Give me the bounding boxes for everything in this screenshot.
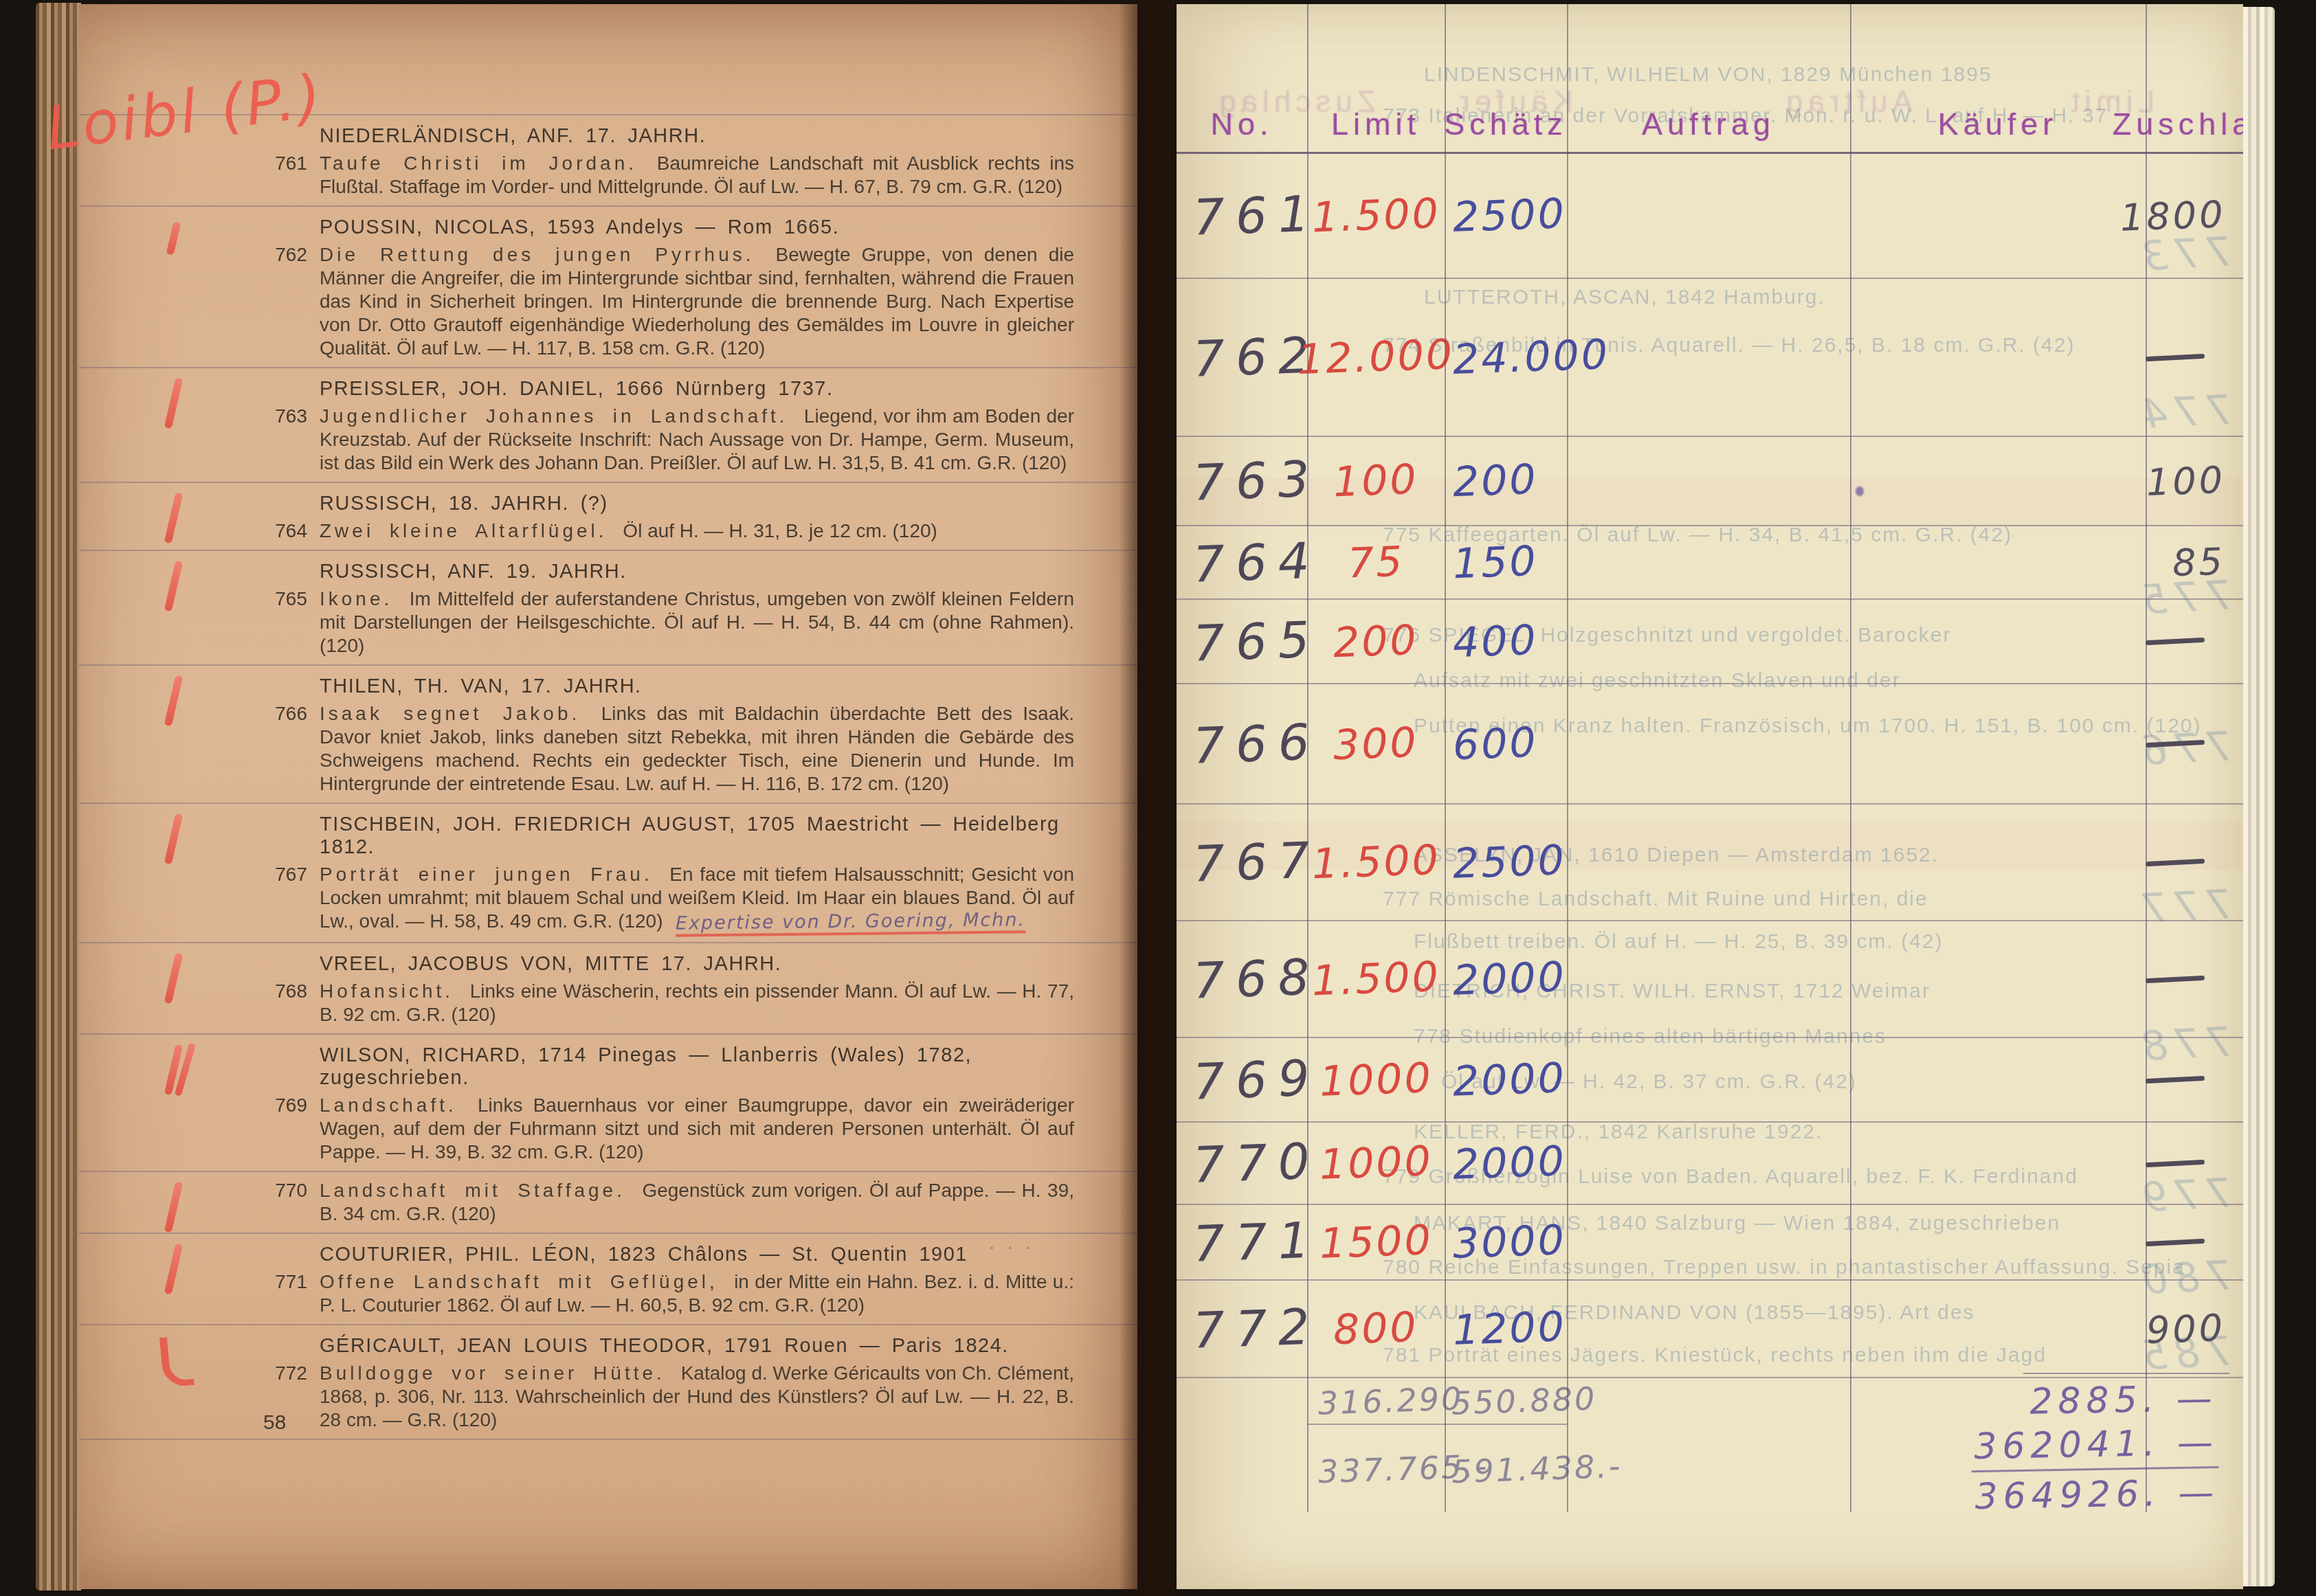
limit-value: 1.500: [1311, 953, 1440, 1005]
limit-value: 1000: [1318, 1054, 1433, 1106]
ledger-cell-auftrag: [1567, 437, 1850, 526]
limit-value: 1.500: [1311, 836, 1440, 888]
red-dots-mark: · · ·: [988, 1235, 1034, 1259]
lot-number-handwritten: 767: [1176, 831, 1322, 893]
lot-number-handwritten: 771: [1176, 1211, 1322, 1273]
ledger-cell-kaeufer: [1850, 437, 2146, 526]
lot-title: Die Rettung des jungen Pyrrhus.: [320, 244, 776, 265]
ledger-page: LINDENSCHMIT, WILHELM VON, 1829 München …: [1177, 4, 2243, 1589]
scanned-auction-catalog: Loibl (P.) NIEDERLÄNDISCH, ANF. 17. JAHR…: [0, 0, 2316, 1596]
ledger-cell-kaeufer: [1850, 600, 2146, 684]
entry-row: 767Porträt einer jungen Frau. En face mi…: [320, 863, 1074, 935]
ledger-header-zuschlag: Zuschlag: [2146, 4, 2243, 154]
lot-description: Offene Landschaft mit Geflügel, in der M…: [320, 1270, 1074, 1317]
lot-number: 772: [247, 1362, 307, 1384]
schaetz-value: 3000: [1452, 1216, 1567, 1268]
ledger-cell-no: 762: [1177, 279, 1307, 437]
schaetz-value: 150: [1452, 537, 1539, 587]
catalog-entry: TISCHBEIN, JOH. FRIEDRICH AUGUST, 1705 M…: [79, 804, 1137, 943]
lot-description: Jugendlicher Johannes in Landschaft. Lie…: [320, 405, 1074, 475]
ledger-header-auftrag: Auftrag: [1567, 4, 1850, 154]
zuschlag-total-line: 2885. —: [1894, 1377, 2218, 1426]
schaetz-value: 400: [1452, 616, 1539, 666]
ledger-cell-no: 768: [1177, 921, 1307, 1038]
lot-body: Im Mittelfeld der auferstandene Christus…: [320, 588, 1074, 656]
ledger-cell-no: 763: [1177, 437, 1307, 526]
ledger-cell-auftrag: [1567, 684, 1850, 805]
ledger-cell-kaeufer: [1850, 1038, 2146, 1123]
ledger-cell-auftrag: [1567, 1038, 1850, 1123]
ledger-cell-limit: 12.000: [1307, 279, 1445, 437]
ledger-cell-zuschlag: 100: [2146, 437, 2243, 526]
ledger-total-limit: 316.290: [1307, 1378, 1445, 1425]
lot-title: Ikone.: [320, 588, 410, 609]
column-rule: [2146, 4, 2147, 1512]
entry-heading: COUTURIER, PHIL. LÉON, 1823 Châlons — St…: [320, 1244, 1074, 1266]
entry-row: 762Die Rettung des jungen Pyrrhus. Beweg…: [320, 243, 1074, 360]
ledger-total-schaetz: 591.438.-: [1445, 1425, 1567, 1512]
zuschlag-dash: [2146, 740, 2205, 748]
red-tick-mark: [164, 1182, 183, 1233]
limit-value: 200: [1333, 616, 1419, 666]
entry-row: 768Hofansicht. Links eine Wäscherin, rec…: [320, 980, 1074, 1026]
lot-description: Landschaft mit Staffage. Gegenstück zum …: [320, 1179, 1074, 1226]
lot-number: 770: [247, 1180, 307, 1202]
ledger-cell-no: 761: [1177, 154, 1307, 279]
ledger-header-no: No.: [1177, 4, 1307, 154]
entry-row: 772Bulldogge vor seiner Hütte. Katalog d…: [320, 1362, 1074, 1432]
catalog-entry: RUSSISCH, 18. JAHRH. (?)764Zwei kleine A…: [79, 483, 1137, 551]
ledger-total-schaetz: 550.880: [1445, 1378, 1567, 1425]
ledger-cell-auftrag: [1567, 1123, 1850, 1205]
zuschlag-value: 100: [2146, 458, 2226, 504]
lot-title: Landschaft mit Staffage.: [320, 1180, 642, 1201]
limit-value: 12.000: [1297, 330, 1455, 384]
lot-number-handwritten: 761: [1176, 184, 1322, 247]
zuschlag-dash: [2146, 975, 2205, 982]
red-tick-mark: [164, 675, 183, 726]
ledger-header-kaeufer: Käufer: [1850, 4, 2146, 154]
ledger-cell-kaeufer: [1850, 154, 2146, 279]
catalog-entry: GÉRICAULT, JEAN LOUIS THEODOR, 1791 Roue…: [79, 1325, 1137, 1440]
schaetz-value: 2000: [1452, 953, 1567, 1005]
ledger-cell-no: 764: [1177, 526, 1307, 600]
ledger-cell-limit: 75: [1307, 526, 1445, 600]
red-tick-mark: [164, 1044, 183, 1095]
ledger-cell-zuschlag: 85: [2146, 526, 2243, 600]
lot-title: Jugendlicher Johannes in Landschaft.: [320, 405, 804, 427]
ledger-cell-no: 770: [1177, 1123, 1307, 1205]
ledger-cell-kaeufer: [1850, 1205, 2146, 1281]
lot-description: Porträt einer jungen Frau. En face mit t…: [320, 863, 1074, 935]
lot-number-handwritten: 764: [1176, 531, 1322, 594]
ledger-cell-zuschlag: [2146, 684, 2243, 805]
ledger-cell-kaeufer: [1850, 279, 2146, 437]
ledger-cell-zuschlag: [2146, 805, 2243, 921]
catalog-entry: PREISSLER, JOH. DANIEL, 1666 Nürnberg 17…: [79, 368, 1137, 483]
lot-description: Taufe Christi im Jordan. Baumreiche Land…: [320, 152, 1074, 199]
lot-title: Bulldogge vor seiner Hütte.: [320, 1362, 681, 1384]
red-tick-mark: [164, 378, 183, 429]
entry-row: 770Landschaft mit Staffage. Gegenstück z…: [320, 1179, 1074, 1226]
ledger-cell-schaetz: 600: [1445, 684, 1567, 805]
zuschlag-total-line: 364926. —: [1896, 1471, 2220, 1520]
red-tick-mark: [164, 953, 183, 1004]
ledger-total-limit: 337.765.-: [1307, 1425, 1445, 1512]
zuschlag-value: 85: [2172, 540, 2226, 585]
catalog-entry: RUSSISCH, ANF. 19. JAHRH.765Ikone. Im Mi…: [79, 551, 1137, 666]
catalog-entry: VREEL, JACOBUS VON, MITTE 17. JAHRH.768H…: [79, 943, 1137, 1035]
ledger-cell-limit: 100: [1307, 437, 1445, 526]
lot-description: Landschaft. Links Bauernhaus vor einer B…: [320, 1094, 1074, 1164]
ledger-cell-limit: 1.500: [1307, 805, 1445, 921]
ledger-cell-limit: 1500: [1307, 1205, 1445, 1281]
zuschlag-dash: [2146, 353, 2205, 361]
ledger-cell-kaeufer: [1850, 684, 2146, 805]
schaetz-value: 2000: [1452, 1054, 1567, 1106]
ledger-cell-schaetz: 2000: [1445, 1038, 1567, 1123]
red-tick-mark: [164, 561, 183, 611]
ledger-cell-schaetz: 150: [1445, 526, 1567, 600]
red-tick-mark: [164, 1244, 183, 1294]
lot-number: 771: [247, 1271, 307, 1293]
entry-row: 765Ikone. Im Mittelfeld der auferstanden…: [320, 587, 1074, 657]
ledger-cell-no: 771: [1177, 1205, 1307, 1281]
catalog-entry: 770Landschaft mit Staffage. Gegenstück z…: [79, 1172, 1137, 1234]
schaetz-value: 200: [1452, 456, 1539, 506]
entry-heading: THILEN, TH. VAN, 17. JAHRH.: [320, 675, 1074, 698]
limit-value: 1500: [1318, 1216, 1433, 1268]
ledger-cell-auftrag: [1567, 1378, 1850, 1425]
lot-title: Landschaft.: [320, 1094, 478, 1116]
catalog-entries: NIEDERLÄNDISCH, ANF. 17. JAHRH.761Taufe …: [79, 114, 1137, 1440]
entry-heading: TISCHBEIN, JOH. FRIEDRICH AUGUST, 1705 M…: [320, 813, 1074, 859]
entry-heading: RUSSISCH, ANF. 19. JAHRH.: [320, 561, 1074, 583]
ledger-cell-kaeufer: [1850, 805, 2146, 921]
ledger-cell-schaetz: 3000: [1445, 1205, 1567, 1281]
zuschlag-value: 1800: [2119, 192, 2227, 239]
catalog-entry: COUTURIER, PHIL. LÉON, 1823 Châlons — St…: [79, 1234, 1137, 1325]
ledger-cell-schaetz: 24.000: [1445, 279, 1567, 437]
lot-number-handwritten: 772: [1176, 1297, 1322, 1360]
ledger-cell-schaetz: 400: [1445, 600, 1567, 684]
ledger-cell-zuschlag: [2146, 1205, 2243, 1281]
entry-row: 771Offene Landschaft mit Geflügel, in de…: [320, 1270, 1074, 1317]
schaetz-value: 2000: [1452, 1137, 1567, 1189]
ledger-cell-zuschlag: 1800: [2146, 154, 2243, 279]
expertise-note: Expertise von Dr. Goering, Mchn.: [675, 910, 1025, 936]
catalog-entry: WILSON, RICHARD, 1714 Pinegas — Llanberr…: [79, 1035, 1137, 1172]
schaetz-value: 600: [1452, 718, 1539, 769]
lot-description: Bulldogge vor seiner Hütte. Katalog d. W…: [320, 1362, 1074, 1432]
zuschlag-total-line: 362041. —: [1895, 1421, 2218, 1470]
ledger-cell-zuschlag: [2146, 600, 2243, 684]
ledger-cell-kaeufer: [1850, 921, 2146, 1038]
ledger-cell-schaetz: 2500: [1445, 154, 1567, 279]
totals-top-rule: [2023, 1373, 2229, 1374]
lot-title: Taufe Christi im Jordan.: [320, 153, 657, 174]
ledger-cell-auftrag: [1567, 600, 1850, 684]
lot-body: Öl auf H. — H. 31, B. je 12 cm. (120): [623, 520, 937, 541]
ledger-cell-auftrag: [1567, 805, 1850, 921]
ledger-cell-schaetz: 1200: [1445, 1281, 1567, 1378]
lot-number: 761: [247, 153, 307, 175]
ledger-cell-no: 772: [1177, 1281, 1307, 1378]
entry-row: 761Taufe Christi im Jordan. Baumreiche L…: [320, 152, 1074, 199]
lot-number: 762: [247, 244, 307, 266]
lot-description: Hofansicht. Links eine Wäscherin, rechts…: [320, 980, 1074, 1026]
lot-number: 765: [247, 588, 307, 610]
schaetz-value: 2500: [1452, 836, 1567, 888]
ledger-header-limit: Limit: [1307, 4, 1445, 154]
ledger-cell-limit: 1.500: [1307, 154, 1445, 279]
ledger-cell-auftrag: [1567, 154, 1850, 279]
entry-row: 766Isaak segnet Jakob. Links das mit Bal…: [320, 702, 1074, 796]
lot-title: Porträt einer jungen Frau.: [320, 864, 669, 885]
ledger-cell-no: 769: [1177, 1038, 1307, 1123]
entry-row: 763Jugendlicher Johannes in Landschaft. …: [320, 405, 1074, 475]
zuschlag-value: 900: [2146, 1306, 2226, 1352]
zuschlag-dash: [2146, 858, 2205, 866]
entry-heading: GÉRICAULT, JEAN LOUIS THEODOR, 1791 Roue…: [320, 1335, 1074, 1358]
ledger-cell-kaeufer: [1850, 1281, 2146, 1378]
catalog-entry: THILEN, TH. VAN, 17. JAHRH.766Isaak segn…: [79, 666, 1137, 804]
lot-description: Die Rettung des jungen Pyrrhus. Bewegte …: [320, 243, 1074, 360]
ledger-cell-limit: 300: [1307, 684, 1445, 805]
ledger-header-schaetz: Schätz: [1445, 4, 1567, 154]
lot-description: Zwei kleine Altarflügel. Öl auf H. — H. …: [320, 519, 1074, 543]
entry-row: 769Landschaft. Links Bauernhaus vor eine…: [320, 1094, 1074, 1164]
zuschlag-dash: [2146, 1159, 2205, 1167]
ledger-cell-zuschlag: 900: [2146, 1281, 2243, 1378]
ledger-cell-no: [1177, 1378, 1307, 1425]
column-rule: [1445, 4, 1446, 1512]
column-rule: [1850, 4, 1851, 1512]
lot-number: 763: [247, 405, 307, 427]
ledger-cell-limit: 1000: [1307, 1123, 1445, 1205]
ledger-cell-auftrag: [1567, 921, 1850, 1038]
total-value: 316.290: [1317, 1380, 1464, 1421]
entry-heading: WILSON, RICHARD, 1714 Pinegas — Llanberr…: [320, 1044, 1074, 1090]
limit-value: 1.500: [1311, 190, 1440, 242]
zuschlag-dash: [2146, 638, 2205, 645]
entry-heading: VREEL, JACOBUS VON, MITTE 17. JAHRH.: [320, 953, 1074, 976]
page-number: 58: [263, 1411, 286, 1435]
lot-number-handwritten: 766: [1176, 712, 1322, 775]
ledger-cell-no: 765: [1177, 600, 1307, 684]
lot-number-handwritten: 763: [1176, 449, 1322, 512]
right-page-stack-edges: [2243, 7, 2275, 1586]
lot-number-handwritten: 769: [1176, 1048, 1322, 1111]
ledger-cell-no: 767: [1177, 805, 1307, 921]
limit-value: 75: [1347, 537, 1405, 587]
zuschlag-dash: [2146, 1238, 2205, 1246]
limit-value: 300: [1333, 718, 1419, 769]
lot-number: 764: [247, 520, 307, 542]
ledger-cell-zuschlag: [2146, 279, 2243, 437]
ledger-cell-limit: 1000: [1307, 1038, 1445, 1123]
lot-description: Ikone. Im Mittelfeld der auferstandene C…: [320, 587, 1074, 657]
ledger-cell-auftrag: [1567, 1425, 1850, 1512]
column-rule: [1567, 4, 1568, 1512]
lot-number: 769: [247, 1094, 307, 1116]
entry-heading: POUSSIN, NICOLAS, 1593 Andelys — Rom 166…: [320, 216, 1074, 239]
limit-value: 1000: [1318, 1137, 1433, 1189]
ledger-cell-auftrag: [1567, 526, 1850, 600]
ledger-cell-zuschlag: [2146, 921, 2243, 1038]
ledger-cell-limit: 800: [1307, 1281, 1445, 1378]
ink-dot: [1856, 486, 1864, 496]
page-gutter: [1119, 0, 1185, 1596]
lot-title: Isaak segnet Jakob.: [320, 703, 601, 724]
ledger-cell-schaetz: 2000: [1445, 921, 1567, 1038]
entry-heading: RUSSISCH, 18. JAHRH. (?): [320, 493, 1074, 515]
lot-number-handwritten: 770: [1176, 1132, 1322, 1194]
ledger-cell-auftrag: [1567, 1281, 1850, 1378]
ledger-cell-schaetz: 200: [1445, 437, 1567, 526]
red-tick-mark: [164, 493, 183, 543]
entry-row: 764Zwei kleine Altarflügel. Öl auf H. — …: [320, 519, 1074, 543]
catalog-entry: POUSSIN, NICOLAS, 1593 Andelys — Rom 166…: [79, 207, 1137, 368]
left-page-stack-edges: [36, 3, 81, 1591]
schaetz-value: 2500: [1452, 190, 1567, 242]
entry-heading: PREISSLER, JOH. DANIEL, 1666 Nürnberg 17…: [320, 378, 1074, 401]
red-tick-mark: [166, 222, 181, 255]
limit-value: 800: [1333, 1303, 1419, 1354]
zuschlag-dash: [2146, 1076, 2205, 1083]
lot-number-handwritten: 765: [1176, 610, 1322, 673]
ledger-cell-auftrag: [1567, 1205, 1850, 1281]
lot-number: 768: [247, 980, 307, 1002]
lot-number: 766: [247, 703, 307, 725]
ledger-cell-no: [1177, 1425, 1307, 1512]
red-tick-mark: [164, 813, 183, 864]
zuschlag-totals: 2885. —362041. —364926. —: [1894, 1377, 2219, 1520]
red-curve-mark: [159, 1335, 194, 1388]
lot-number-handwritten: 768: [1176, 947, 1322, 1010]
ledger-cell-limit: 200: [1307, 600, 1445, 684]
ledger-grid: No. Limit Schätz Auftrag Käufer Zuschlag…: [1177, 4, 2243, 1589]
column-rule: [1307, 4, 1309, 1512]
ledger-cell-schaetz: 2500: [1445, 805, 1567, 921]
ledger-cell-no: 766: [1177, 684, 1307, 805]
catalog-page: Loibl (P.) NIEDERLÄNDISCH, ANF. 17. JAHR…: [79, 4, 1137, 1589]
ledger-cell-schaetz: 2000: [1445, 1123, 1567, 1205]
ledger-cell-limit: 1.500: [1307, 921, 1445, 1038]
schaetz-value: 1200: [1452, 1303, 1567, 1355]
limit-value: 100: [1333, 456, 1419, 506]
lot-title: Zwei kleine Altarflügel.: [320, 520, 623, 541]
ledger-cell-kaeufer: [1850, 526, 2146, 600]
entry-heading: NIEDERLÄNDISCH, ANF. 17. JAHRH.: [320, 125, 1074, 148]
ledger-cell-zuschlag: [2146, 1038, 2243, 1123]
lot-description: Isaak segnet Jakob. Links das mit Baldac…: [320, 702, 1074, 796]
lot-number: 767: [247, 864, 307, 886]
lot-title: Offene Landschaft mit Geflügel,: [320, 1271, 734, 1292]
ledger-cell-auftrag: [1567, 279, 1850, 437]
lot-title: Hofansicht.: [320, 980, 470, 1002]
ledger-cell-kaeufer: [1850, 1123, 2146, 1205]
ledger-cell-zuschlag: [2146, 1123, 2243, 1205]
